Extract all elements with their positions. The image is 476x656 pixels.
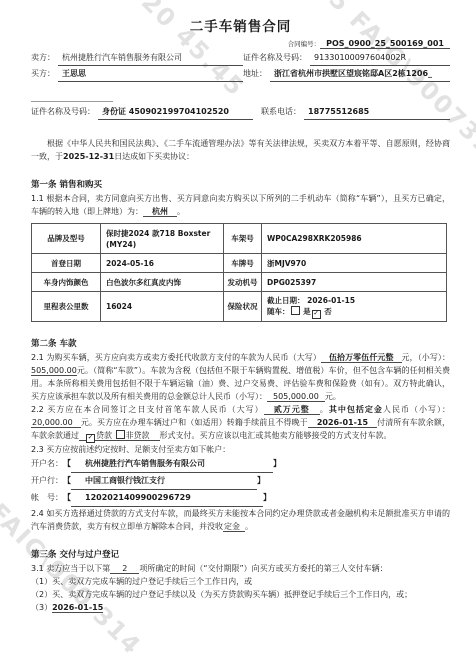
buyer-cert-row: 证件名称及号码： 身份证 450902199704102520 联系电话： 18… — [31, 105, 450, 120]
clause-2-2: 2.2 买方应在本合同签订之日支付首笔车款人民币（大写）贰万元整。其中包括定金人… — [31, 403, 450, 443]
insurance-no-checkbox-checked: ✓ — [312, 310, 321, 319]
plate-label: 车牌号 — [224, 254, 262, 273]
buyer-label: 买方： — [31, 67, 55, 82]
insurance-label: 保险状况 — [224, 292, 262, 322]
delivery-option-number: 2 — [110, 564, 139, 574]
vehicle-info-table: 品牌及型号 保时捷2024 款718 Boxster (MY24) 车架号 WP… — [31, 223, 447, 322]
clause-2-3: 2.3 买方应按前述约定按时、足额支付至卖方如下帐户： — [31, 443, 450, 456]
table-row: 车身内饰颜色 白色波尔多红真皮内饰 发动机号 DPG025397 — [32, 273, 447, 292]
price-in-words: 伍拾万零伍仟元整 — [321, 353, 402, 363]
delivery-option-2: （2）买、卖双方完成车辆的过户登记手续以及（为买方贷款购买车辆）抵押登记手续后三… — [31, 588, 450, 601]
vin-label: 车架号 — [224, 224, 262, 254]
loan-label: 贷款 — [96, 431, 112, 440]
first-payment-in-words: 贰万元整 — [264, 405, 320, 415]
seller-cert-value: 91330100097604002R — [310, 51, 450, 66]
bracket-close: 】 — [257, 476, 265, 485]
clause-1-1: 1.1 根据本合同，卖方同意向买方出售、买方同意向卖方购买以下所列的二手机动车（… — [31, 192, 450, 218]
table-row: 品牌及型号 保时捷2024 款718 Boxster (MY24) 车架号 WP… — [32, 224, 447, 254]
phone-value: 18775512685 — [304, 105, 450, 120]
non-loan-label: 非贷款 — [126, 431, 150, 440]
clause-2-4: 2.4 如买方选择通过贷款的方式支付车款，而最终买方未能按本合同约定办理贷款或者… — [31, 507, 450, 533]
section2-heading: 第二条 车款 — [31, 337, 450, 351]
seller-cert-label: 证件名称及号码： — [243, 51, 307, 66]
buyer-cert-value: 身份证 450902199704102520 — [98, 105, 253, 120]
payment-method-segment: ✓贷款 非贷款 — [79, 431, 160, 441]
deposit-amount: 20,000.00 — [31, 418, 81, 428]
clause-2-1-text: 元。（简称“车款”）。车款为含税（包括但不限于车辆购置税、增值税）车价，但不包含… — [31, 366, 450, 401]
account-number-value: 1202021409900296729 — [71, 490, 263, 507]
payment-deadline: 2026-01-15 — [308, 418, 377, 428]
clause-2-2-text: 元。买方应在办理车辆过户和（如适用）转籍手续前且不得晚于 — [81, 418, 308, 427]
loan-checkbox-checked: ✓ — [86, 434, 95, 443]
clause-2-2-text: 形式支付。买方应该以电汇或其他卖方能够接受的方式支付车款。 — [160, 431, 392, 440]
engine-label: 发动机号 — [224, 273, 262, 292]
blank-underline — [31, 92, 113, 102]
insurance-yes-checkbox-unchecked — [291, 306, 300, 315]
clause-3-1-text: 项所确定的时间（“交付期限”）向买方或买方委托的第三人交付车辆： — [139, 564, 387, 573]
seller-value: 杭州捷胜行汽车销售服务有限公司 — [58, 51, 243, 66]
bracket-close: 】 — [263, 493, 271, 502]
no-label: 否 — [324, 307, 332, 316]
buyer-row: 买方： 王思思 地址： 浙江省杭州市拱墅区望宸铭邸A区2栋1206_ — [31, 67, 450, 82]
account-number-row: 帐 号：【1202021409900296729】 — [31, 490, 450, 507]
account-bank-row: 开户行：【中国工商银行钱江支行】 — [31, 473, 450, 490]
buyer-value: 王思思 — [58, 67, 243, 82]
transfer-city-value: 杭州 — [143, 207, 177, 217]
contract-content: 二手车销售合同 合同编号：POS_0900_25_500169_001 卖方： … — [0, 0, 476, 614]
table-row: 里程表公里数 16024 保险状况 截止日期： 2026-01-15 随车： 是… — [32, 292, 447, 322]
clause-2-2-text: 。 — [320, 405, 329, 414]
brand-label: 品牌及型号 — [32, 224, 101, 254]
clause-1-1-text: 1.1 根据本合同，卖方同意向买方出售、买方同意向卖方购买以下所列的二手机动车（… — [31, 194, 450, 216]
contract-no-value: POS_0900_25_500169_001 — [320, 39, 450, 49]
first-reg-value: 2024-05-16 — [101, 254, 224, 273]
vin-value: WP0CA298XRK205986 — [262, 224, 447, 254]
contract-page: .20 45.45 45 FAIG\9007314 FAIG\900 314 二… — [0, 0, 476, 656]
address-value: 浙江省杭州市拱墅区望宸铭邸A区2栋1206_ — [270, 67, 450, 82]
preamble-text: 日达成如下买卖协议： — [114, 152, 194, 161]
seller-row: 卖方： 杭州捷胜行汽车销售服务有限公司 证件名称及号码： 91330100097… — [31, 51, 450, 66]
section1-heading: 第一条 销售和购买 — [31, 178, 450, 192]
signing-date: 2025-12-31 — [63, 152, 114, 161]
forfeit-deposit: 定金 — [223, 522, 245, 532]
insurance-due-label: 截止日期： — [267, 296, 305, 305]
account-name-value: 杭州捷胜行汽车销售服务有限公司 — [71, 456, 273, 473]
address-label: 地址： — [243, 67, 267, 82]
delivery-option-1: （1）买、卖双方完成车辆的过户登记手续后三个工作日内，或 — [31, 575, 450, 588]
delivery-date: 2026-01-15 — [52, 603, 103, 613]
color-value: 白色波尔多红真皮内饰 — [101, 273, 224, 292]
account-number-label: 帐 号： — [31, 493, 63, 502]
clause-2-1-text: 元，（小写）： — [402, 353, 450, 362]
account-bank-value: 中国工商银行钱江支行 — [71, 473, 257, 490]
table-row: 首登日期 2024-05-16 车牌号 浙MJV970 — [32, 254, 447, 273]
check-mark-icon: ✓ — [313, 310, 320, 317]
clause-3-1-text: 3.1 卖方应当于以下第 — [31, 564, 110, 573]
engine-value: DPG025397 — [262, 273, 447, 292]
page-title: 二手车销售合同 — [31, 21, 450, 34]
clause-2-2-text: 人民币（小写）： — [383, 405, 450, 414]
clause-2-1-text: 2.1 为购买车辆，买方应向卖方或卖方委托代收款方支付的车款为人民币（大写） — [31, 353, 321, 362]
contract-no-line: 合同编号：POS_0900_25_500169_001 — [31, 38, 450, 50]
total-amount: 505,000.00 — [267, 392, 325, 402]
account-name-row: 开户名：【杭州捷胜行汽车销售服务有限公司】 — [31, 456, 450, 473]
insurance-cell: 截止日期： 2026-01-15 随车： 是✓ 否 — [262, 292, 447, 322]
insurance-due-date: 2026-01-15 — [307, 296, 355, 305]
first-reg-label: 首登日期 — [32, 254, 101, 273]
clause-3-1: 3.1 卖方应当于以下第2项所确定的时间（“交付期限”）向买方或买方委托的第三人… — [31, 562, 450, 575]
section3-heading: 第三条 交付与过户登记 — [31, 548, 450, 562]
phone-label: 联系电话： — [261, 105, 301, 120]
yes-label: 是 — [303, 307, 311, 316]
mileage-value: 16024 — [101, 292, 224, 322]
contract-no-label: 合同编号： — [288, 40, 321, 48]
bracket-close: 】 — [273, 459, 281, 468]
plate-value: 浙MJV970 — [262, 254, 447, 273]
clause-1-1-text: 。 — [177, 207, 185, 216]
clause-2-4-text: 。 — [245, 522, 253, 531]
deposit-phrase: 其中包括定金 — [329, 405, 383, 414]
buyer-cert-label: 证件名称及号码： — [31, 105, 95, 120]
non-loan-checkbox-unchecked — [116, 430, 125, 439]
check-mark-icon: ✓ — [87, 434, 94, 441]
account-name-label: 开户名： — [31, 459, 63, 468]
clause-2-1-text: 元。 — [325, 392, 341, 401]
with-car-label: 随车： — [267, 307, 290, 316]
delivery-option-3-label: （3） — [31, 603, 52, 612]
delivery-option-3: （3）2026-01-15 — [31, 601, 450, 614]
price-in-figures: 505,000.00 — [31, 366, 77, 376]
clause-2-2-text: 2.2 买方应在本合同签订之日支付首笔车款人民币（大写） — [31, 405, 264, 414]
clause-2-1: 2.1 为购买车辆，买方应向卖方或卖方委托代收款方支付的车款为人民币（大写）伍拾… — [31, 351, 450, 403]
brand-value: 保时捷2024 款718 Boxster (MY24) — [101, 224, 224, 254]
mileage-label: 里程表公里数 — [32, 292, 101, 322]
account-bank-label: 开户行： — [31, 476, 63, 485]
color-label: 车身内饰颜色 — [32, 273, 101, 292]
seller-label: 卖方： — [31, 51, 55, 66]
preamble-paragraph: 根据《中华人民共和国民法典》、《二手车流通管理办法》等有关法律法规，买卖双方本着… — [31, 137, 450, 163]
